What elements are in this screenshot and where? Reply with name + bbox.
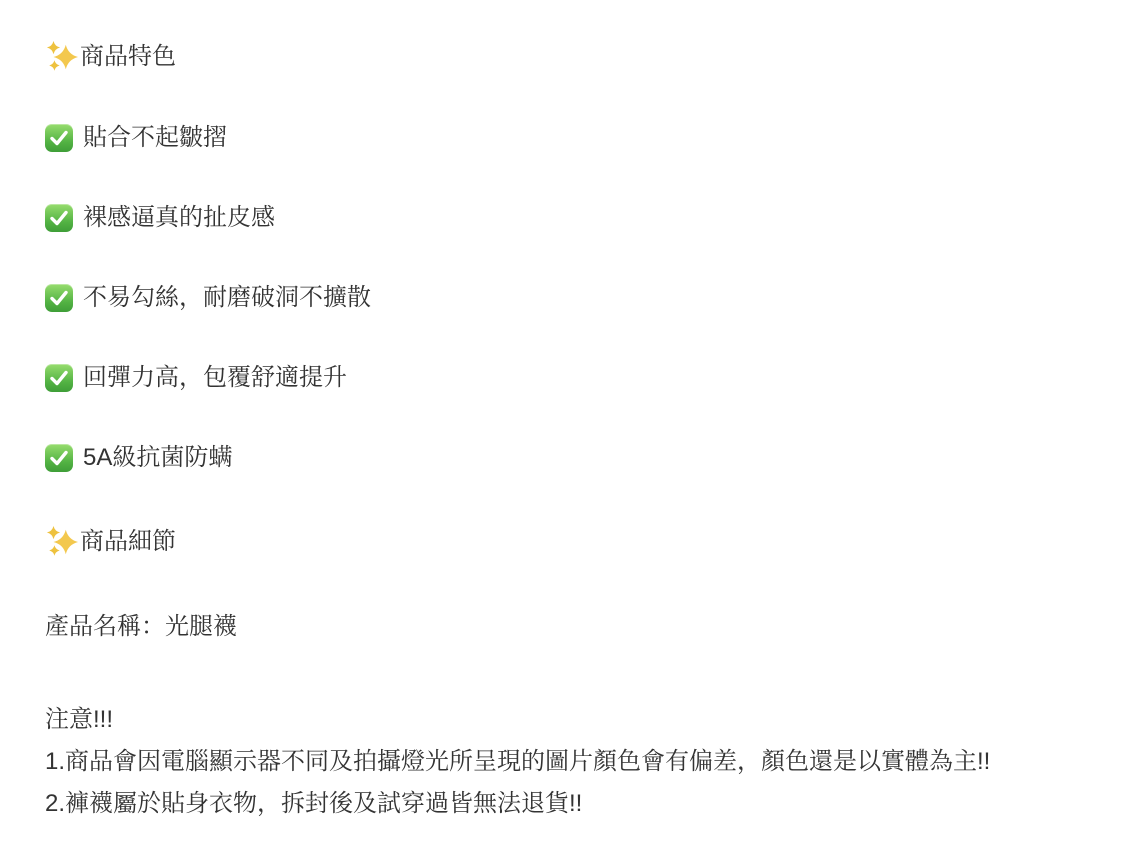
feature-item-label: 貼合不起皺摺 [83,122,227,154]
feature-item: 貼合不起皺摺 [45,122,1083,154]
notice-line: 1.商品會因電腦顯示器不同及拍攝燈光所呈現的圖片顏色會有偏差，顏色還是以實體為主… [45,746,1083,778]
feature-item-label: 裸感逼真的扯皮感 [83,202,275,234]
check-mark-icon [45,204,73,232]
feature-item: 回彈力高，包覆舒適提升 [45,362,1083,394]
feature-item-label: 不易勾絲，耐磨破洞不擴散 [83,282,371,314]
sparkles-icon [45,40,79,74]
details-heading-label: 商品細節 [80,526,176,558]
check-mark-icon [45,124,73,152]
features-heading-label: 商品特色 [80,41,176,73]
check-mark-icon [45,444,73,472]
features-heading: 商品特色 [45,40,1083,74]
notice-title: 注意!!! [45,704,1083,736]
notice-line: 2.褲襪屬於貼身衣物，拆封後及試穿過皆無法退貨!! [45,788,1083,820]
product-description-page: 商品特色 貼合不起皺摺 裸感逼真的扯皮感 不易勾絲，耐磨破洞不擴散 [0,0,1128,852]
feature-item-label: 5A級抗菌防螨 [83,442,232,474]
check-mark-icon [45,364,73,392]
feature-item: 5A級抗菌防螨 [45,442,1083,474]
check-mark-icon [45,284,73,312]
product-name-line: 產品名稱：光腿襪 [45,611,1083,643]
product-name-label: 產品名稱：光腿襪 [45,611,237,643]
feature-item-label: 回彈力高，包覆舒適提升 [83,362,347,394]
feature-item: 不易勾絲，耐磨破洞不擴散 [45,282,1083,314]
sparkles-icon [45,525,79,559]
notice-block: 注意!!! 1.商品會因電腦顯示器不同及拍攝燈光所呈現的圖片顏色會有偏差，顏色還… [45,704,1083,820]
details-heading: 商品細節 [45,525,1083,559]
feature-item: 裸感逼真的扯皮感 [45,202,1083,234]
